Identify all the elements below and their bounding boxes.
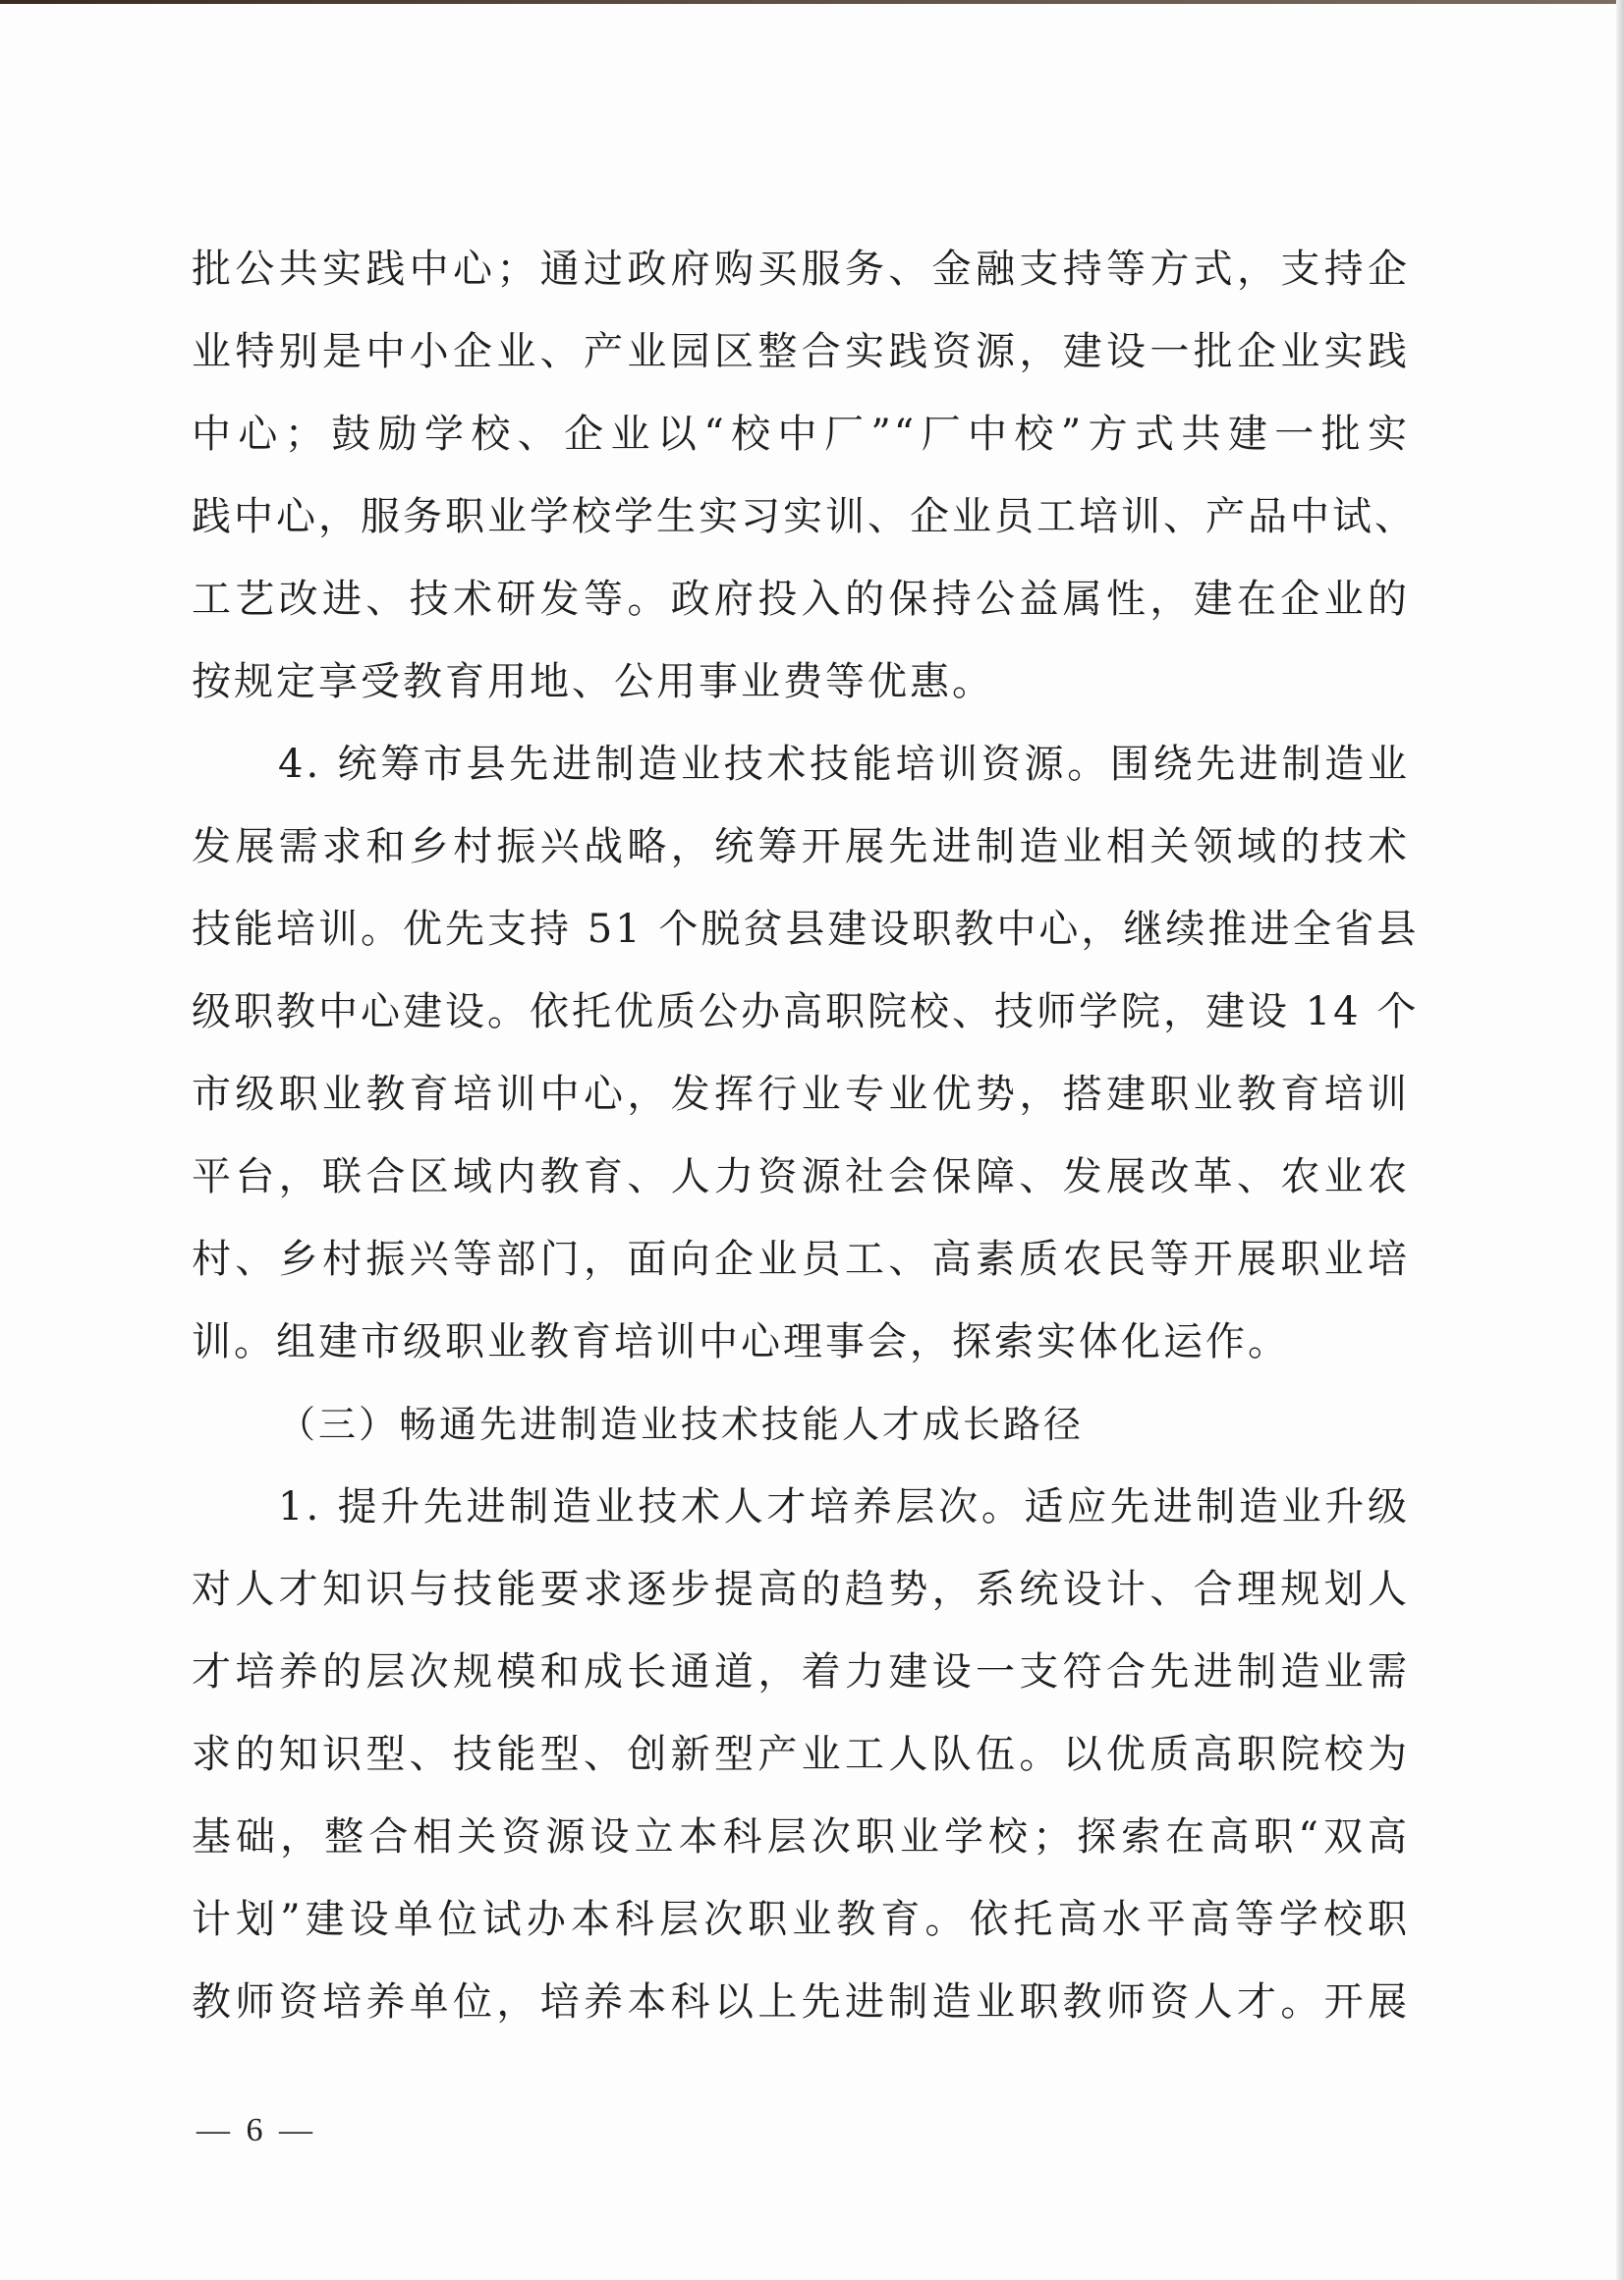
text-line: 中心；鼓励学校、企业以“校中厂”“厂中校”方式共建一批实 bbox=[192, 393, 1410, 475]
text-line: 教师资培养单位，培养本科以上先进制造业职教师资人才。开展 bbox=[192, 1961, 1410, 2043]
page-number: — 6 — bbox=[196, 2112, 316, 2149]
text-line: 市级职业教育培训中心，发挥行业专业优势，搭建职业教育培训 bbox=[192, 1053, 1410, 1136]
numbered-item-start: 1. 提升先进制造业技术人才培养层次。适应先进制造业升级 bbox=[192, 1466, 1410, 1548]
text-line: 计划”建设单位试办本科层次职业教育。依托高水平高等学校职 bbox=[192, 1878, 1410, 1961]
text-line: 才培养的层次规模和成长通道，着力建设一支符合先进制造业需 bbox=[192, 1631, 1410, 1713]
section-heading: （三）畅通先进制造业技术技能人才成长路径 bbox=[192, 1383, 1410, 1466]
text-line: 级职教中心建设。依托优质公办高职院校、技师学院，建设 14 个 bbox=[192, 971, 1410, 1053]
text-line: 基础，整合相关资源设立本科层次职业学校；探索在高职“双高 bbox=[192, 1796, 1410, 1878]
text-line: 发展需求和乡村振兴战略，统筹开展先进制造业相关领域的技术 bbox=[192, 806, 1410, 888]
scan-right-edge bbox=[1616, 0, 1624, 2280]
text-line: 按规定享受教育用地、公用事业费等优惠。 bbox=[192, 640, 1410, 723]
document-body: 批公共实践中心；通过政府购买服务、金融支持等方式，支持企 业特别是中小企业、产业… bbox=[192, 228, 1410, 2043]
text-line: 训。组建市级职业教育培训中心理事会，探索实体化运作。 bbox=[192, 1301, 1410, 1383]
text-line: 批公共实践中心；通过政府购买服务、金融支持等方式，支持企 bbox=[192, 228, 1410, 310]
text-line: 对人才知识与技能要求逐步提高的趋势，系统设计、合理规划人 bbox=[192, 1548, 1410, 1631]
scan-top-edge bbox=[0, 0, 1624, 4]
text-line: 求的知识型、技能型、创新型产业工人队伍。以优质高职院校为 bbox=[192, 1713, 1410, 1796]
text-line: 践中心，服务职业学校学生实习实训、企业员工培训、产品中试、 bbox=[192, 475, 1410, 558]
numbered-item-start: 4. 统筹市县先进制造业技术技能培训资源。围绕先进制造业 bbox=[192, 723, 1410, 806]
text-line: 工艺改进、技术研发等。政府投入的保持公益属性，建在企业的 bbox=[192, 558, 1410, 640]
text-line: 技能培训。优先支持 51 个脱贫县建设职教中心，继续推进全省县 bbox=[192, 888, 1410, 971]
text-line: 业特别是中小企业、产业园区整合实践资源，建设一批企业实践 bbox=[192, 310, 1410, 393]
text-line: 村、乡村振兴等部门，面向企业员工、高素质农民等开展职业培 bbox=[192, 1218, 1410, 1301]
text-line: 平台，联合区域内教育、人力资源社会保障、发展改革、农业农 bbox=[192, 1136, 1410, 1218]
